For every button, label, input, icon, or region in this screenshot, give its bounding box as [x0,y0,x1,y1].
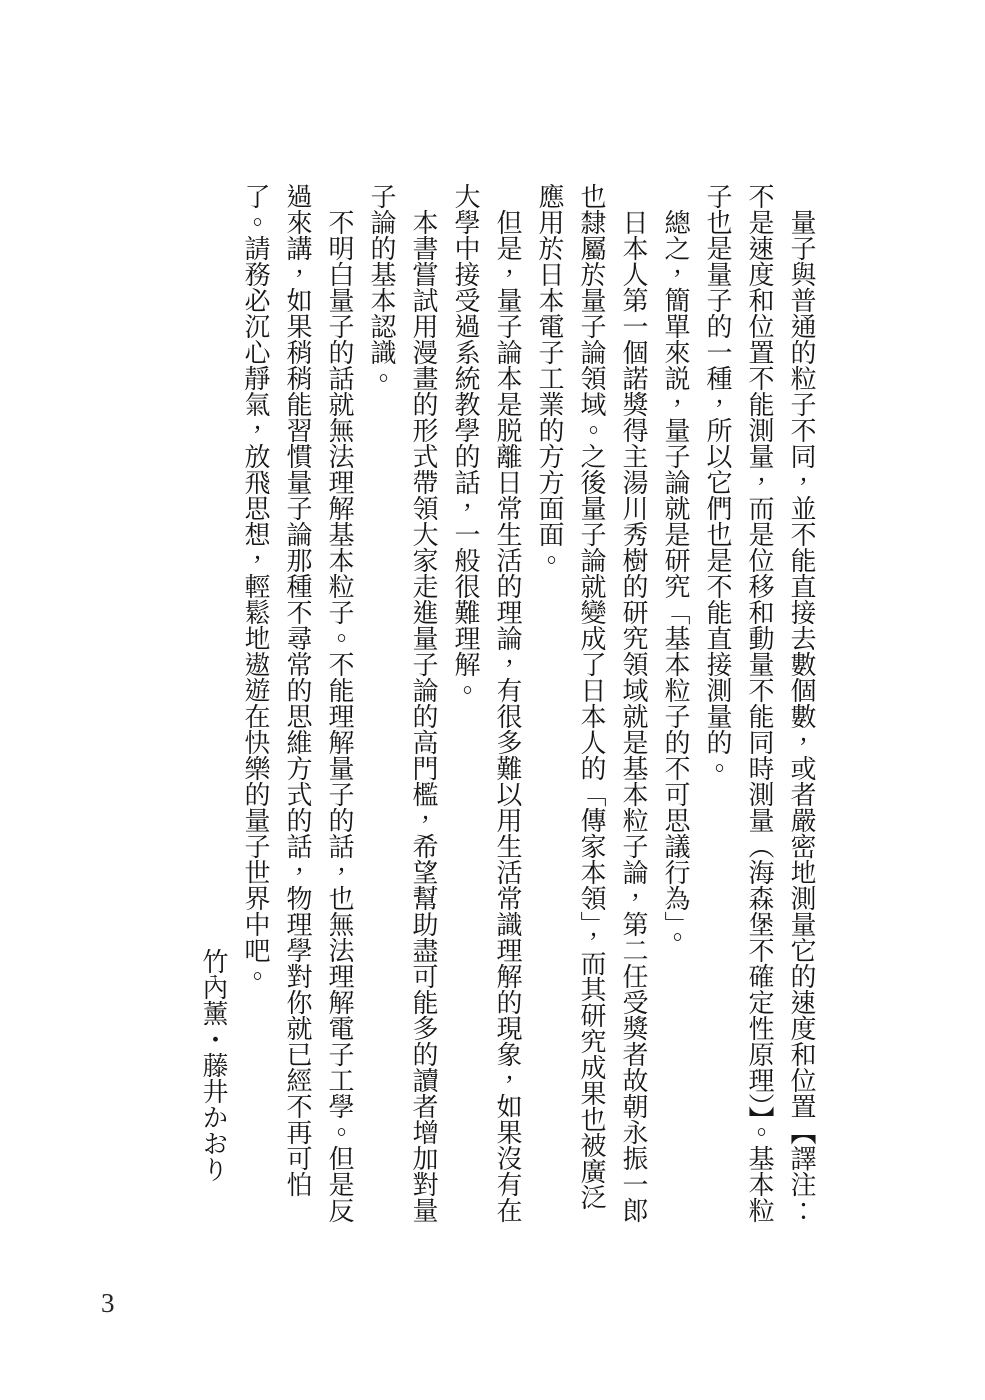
paragraph-book-purpose: 本書嘗試用漫畫的形式帶領大家走進量子論的高門檻，希望幫助盡可能多的讀者增加對量子… [360,183,444,1225]
vertical-text-block: 量子與普通的粒子不同，並不能直接去數個數，或者嚴密地測量它的速度和位置【譯注：不… [192,183,822,1225]
paragraph-japanese-nobel-laureates: 日本人第一個諾獎得主湯川秀樹的研究領域就是基本粒子論，第二任受獎者故朝永振一郎也… [528,183,654,1225]
paragraph-quantum-theory-definition: 總之，簡單來説，量子論就是研究「基本粒子的不可思議行為」。 [654,183,696,1225]
paragraph-encouragement: 不明白量子的話就無法理解基本粒子。不能理解量子的話，也無法理解電子工學。但是反過… [234,183,360,1225]
author-signature: 竹內薰・藤井かおり [192,183,234,1225]
page-number: 3 [101,1288,115,1319]
book-page: 量子與普通的粒子不同，並不能直接去數個數，或者嚴密地測量它的速度和位置【譯注：不… [0,0,985,1400]
paragraph-difficulty-of-theory: 但是，量子論本是脱離日常生活的理論，有很多難以用生活常識理解的現象，如果沒有在大… [444,183,528,1225]
paragraph-quantum-measurement: 量子與普通的粒子不同，並不能直接去數個數，或者嚴密地測量它的速度和位置【譯注：不… [696,183,822,1225]
